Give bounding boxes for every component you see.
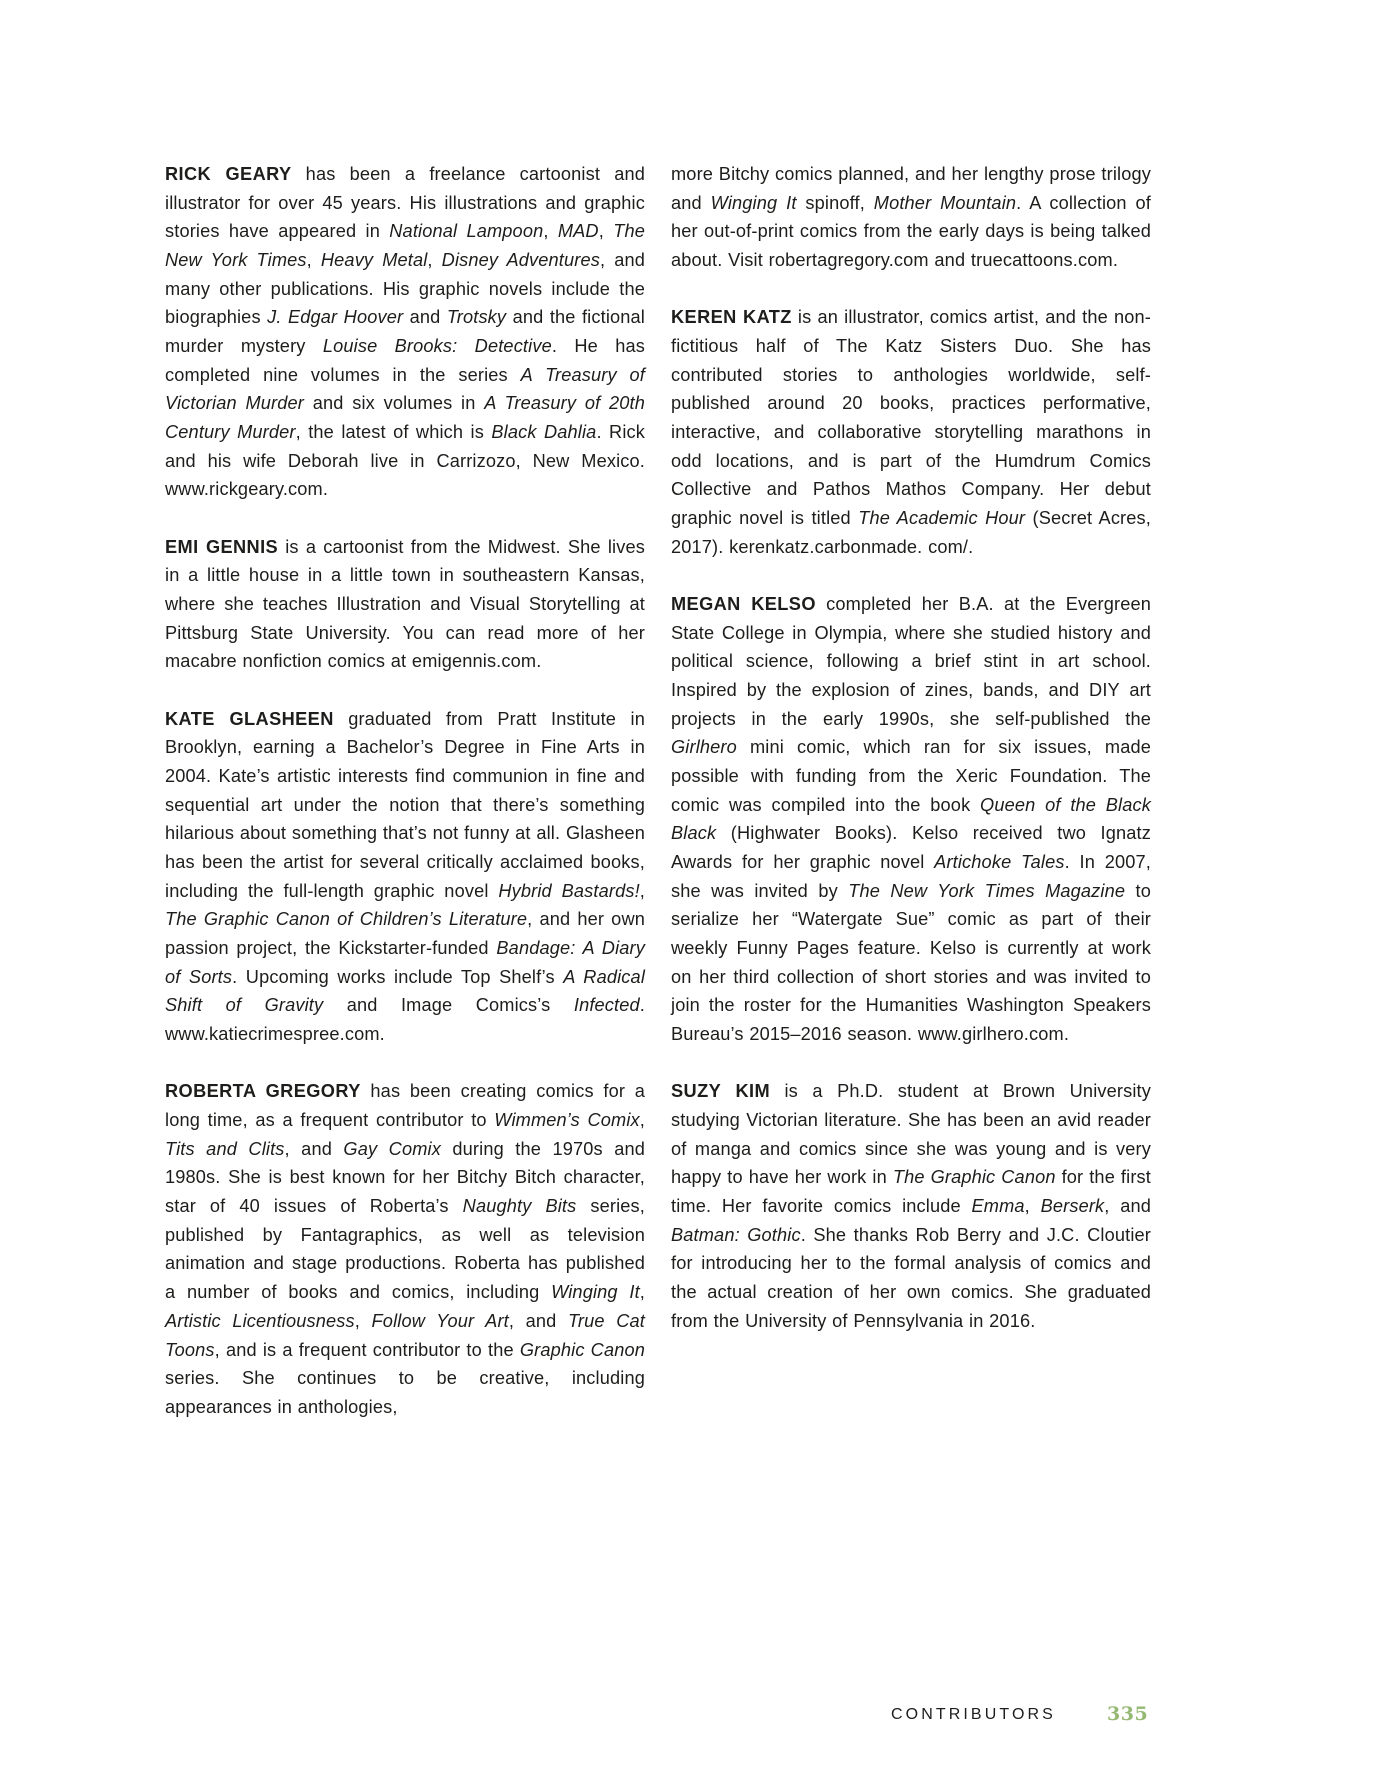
work-title: The Graphic Canon [893,1167,1056,1187]
contributor-bio: MEGAN KELSO completed her B.A. at the Ev… [671,590,1151,1049]
work-title: MAD [558,221,599,241]
contributor-name: KATE GLASHEEN [165,709,334,729]
contributor-bio: ROBERTA GREGORY has been creating comics… [165,1077,645,1421]
contributor-name: EMI GENNIS [165,537,278,557]
contributor-name: KEREN KATZ [671,307,792,327]
bio-text: , the latest of which is [296,422,492,442]
work-title: Louise Brooks: Detective [323,336,552,356]
work-title: Winging It [551,1282,640,1302]
bio-text: , [427,250,441,270]
work-title: Naughty Bits [463,1196,577,1216]
work-title: Batman: Gothic [671,1225,801,1245]
work-title: Berserk [1041,1196,1105,1216]
bio-text: is an illustrator, comics artist, and th… [671,307,1151,528]
bio-text: , [640,881,645,901]
work-title: Trotsky [447,307,506,327]
work-title: Hybrid Bastards! [498,881,639,901]
contributor-bio: more Bitchy comics planned, and her leng… [671,160,1151,275]
work-title: Graphic Canon [520,1340,645,1360]
work-title: Girlhero [671,737,737,757]
contributor-bio: RICK GEARY has been a freelance cartooni… [165,160,645,504]
bio-text: , [599,221,613,241]
book-page: RICK GEARY has been a freelance cartooni… [0,0,1396,1787]
page-number: 335 [1107,1702,1148,1726]
work-title: Mother Mountain [874,193,1016,213]
bio-text: , and [285,1139,344,1159]
work-title: Follow Your Art [372,1311,509,1331]
work-title: Winging It [711,193,797,213]
contributor-bio: KEREN KATZ is an illustrator, comics art… [671,303,1151,561]
bio-text: graduated from Pratt Institute in Brookl… [165,709,645,901]
contributor-name: ROBERTA GREGORY [165,1081,361,1101]
work-title: Artichoke Tales [934,852,1064,872]
work-title: Disney Adventures [442,250,600,270]
contributor-bio: SUZY KIM is a Ph.D. student at Brown Uni… [671,1077,1151,1335]
contributor-bio: EMI GENNIS is a cartoonist from the Midw… [165,533,645,676]
bio-text: , [355,1311,372,1331]
bio-text: to serialize her “Watergate Sue” comic a… [671,881,1151,1044]
contributor-name: SUZY KIM [671,1081,770,1101]
bio-text: series. She continues to be creative, in… [165,1368,645,1417]
work-title: Tits and Clits [165,1139,285,1159]
work-title: J. Edgar Hoover [267,307,403,327]
bio-text: and [403,307,447,327]
bio-text: , [307,250,321,270]
section-label: CONTRIBUTORS [891,1705,1056,1725]
bio-text: , and [1104,1196,1151,1216]
bio-text: , and [509,1311,568,1331]
bio-text: spinoff, [797,193,874,213]
bio-text: and Image Comics’s [323,995,574,1015]
work-title: The Graphic Canon of Children’s Literatu… [165,909,527,929]
work-title: Wimmen’s Comix [494,1110,640,1130]
work-title: Gay Comix [343,1139,441,1159]
work-title: Black Dahlia [491,422,596,442]
right-column: more Bitchy comics planned, and her leng… [671,160,1151,1364]
left-column: RICK GEARY has been a freelance cartooni… [165,160,645,1450]
bio-text: , and is a frequent contributor to the [215,1340,520,1360]
contributor-name: RICK GEARY [165,164,292,184]
work-title: The New York Times Magazine [848,881,1125,901]
work-title: National Lampoon [389,221,543,241]
bio-text: , [640,1110,645,1130]
work-title: Emma [972,1196,1025,1216]
work-title: The Academic Hour [858,508,1025,528]
work-title: Artistic Licentiousness [165,1311,355,1331]
bio-text: . Upcoming works include Top Shelf’s [232,967,563,987]
contributor-bio: KATE GLASHEEN graduated from Pratt Insti… [165,705,645,1049]
bio-text: , [543,221,557,241]
bio-text: and six volumes in [304,393,484,413]
contributor-name: MEGAN KELSO [671,594,816,614]
bio-text: , [1025,1196,1041,1216]
bio-text: , [640,1282,645,1302]
bio-text: completed her B.A. at the Evergreen Stat… [671,594,1151,729]
work-title: Heavy Metal [321,250,428,270]
work-title: Infected [574,995,640,1015]
